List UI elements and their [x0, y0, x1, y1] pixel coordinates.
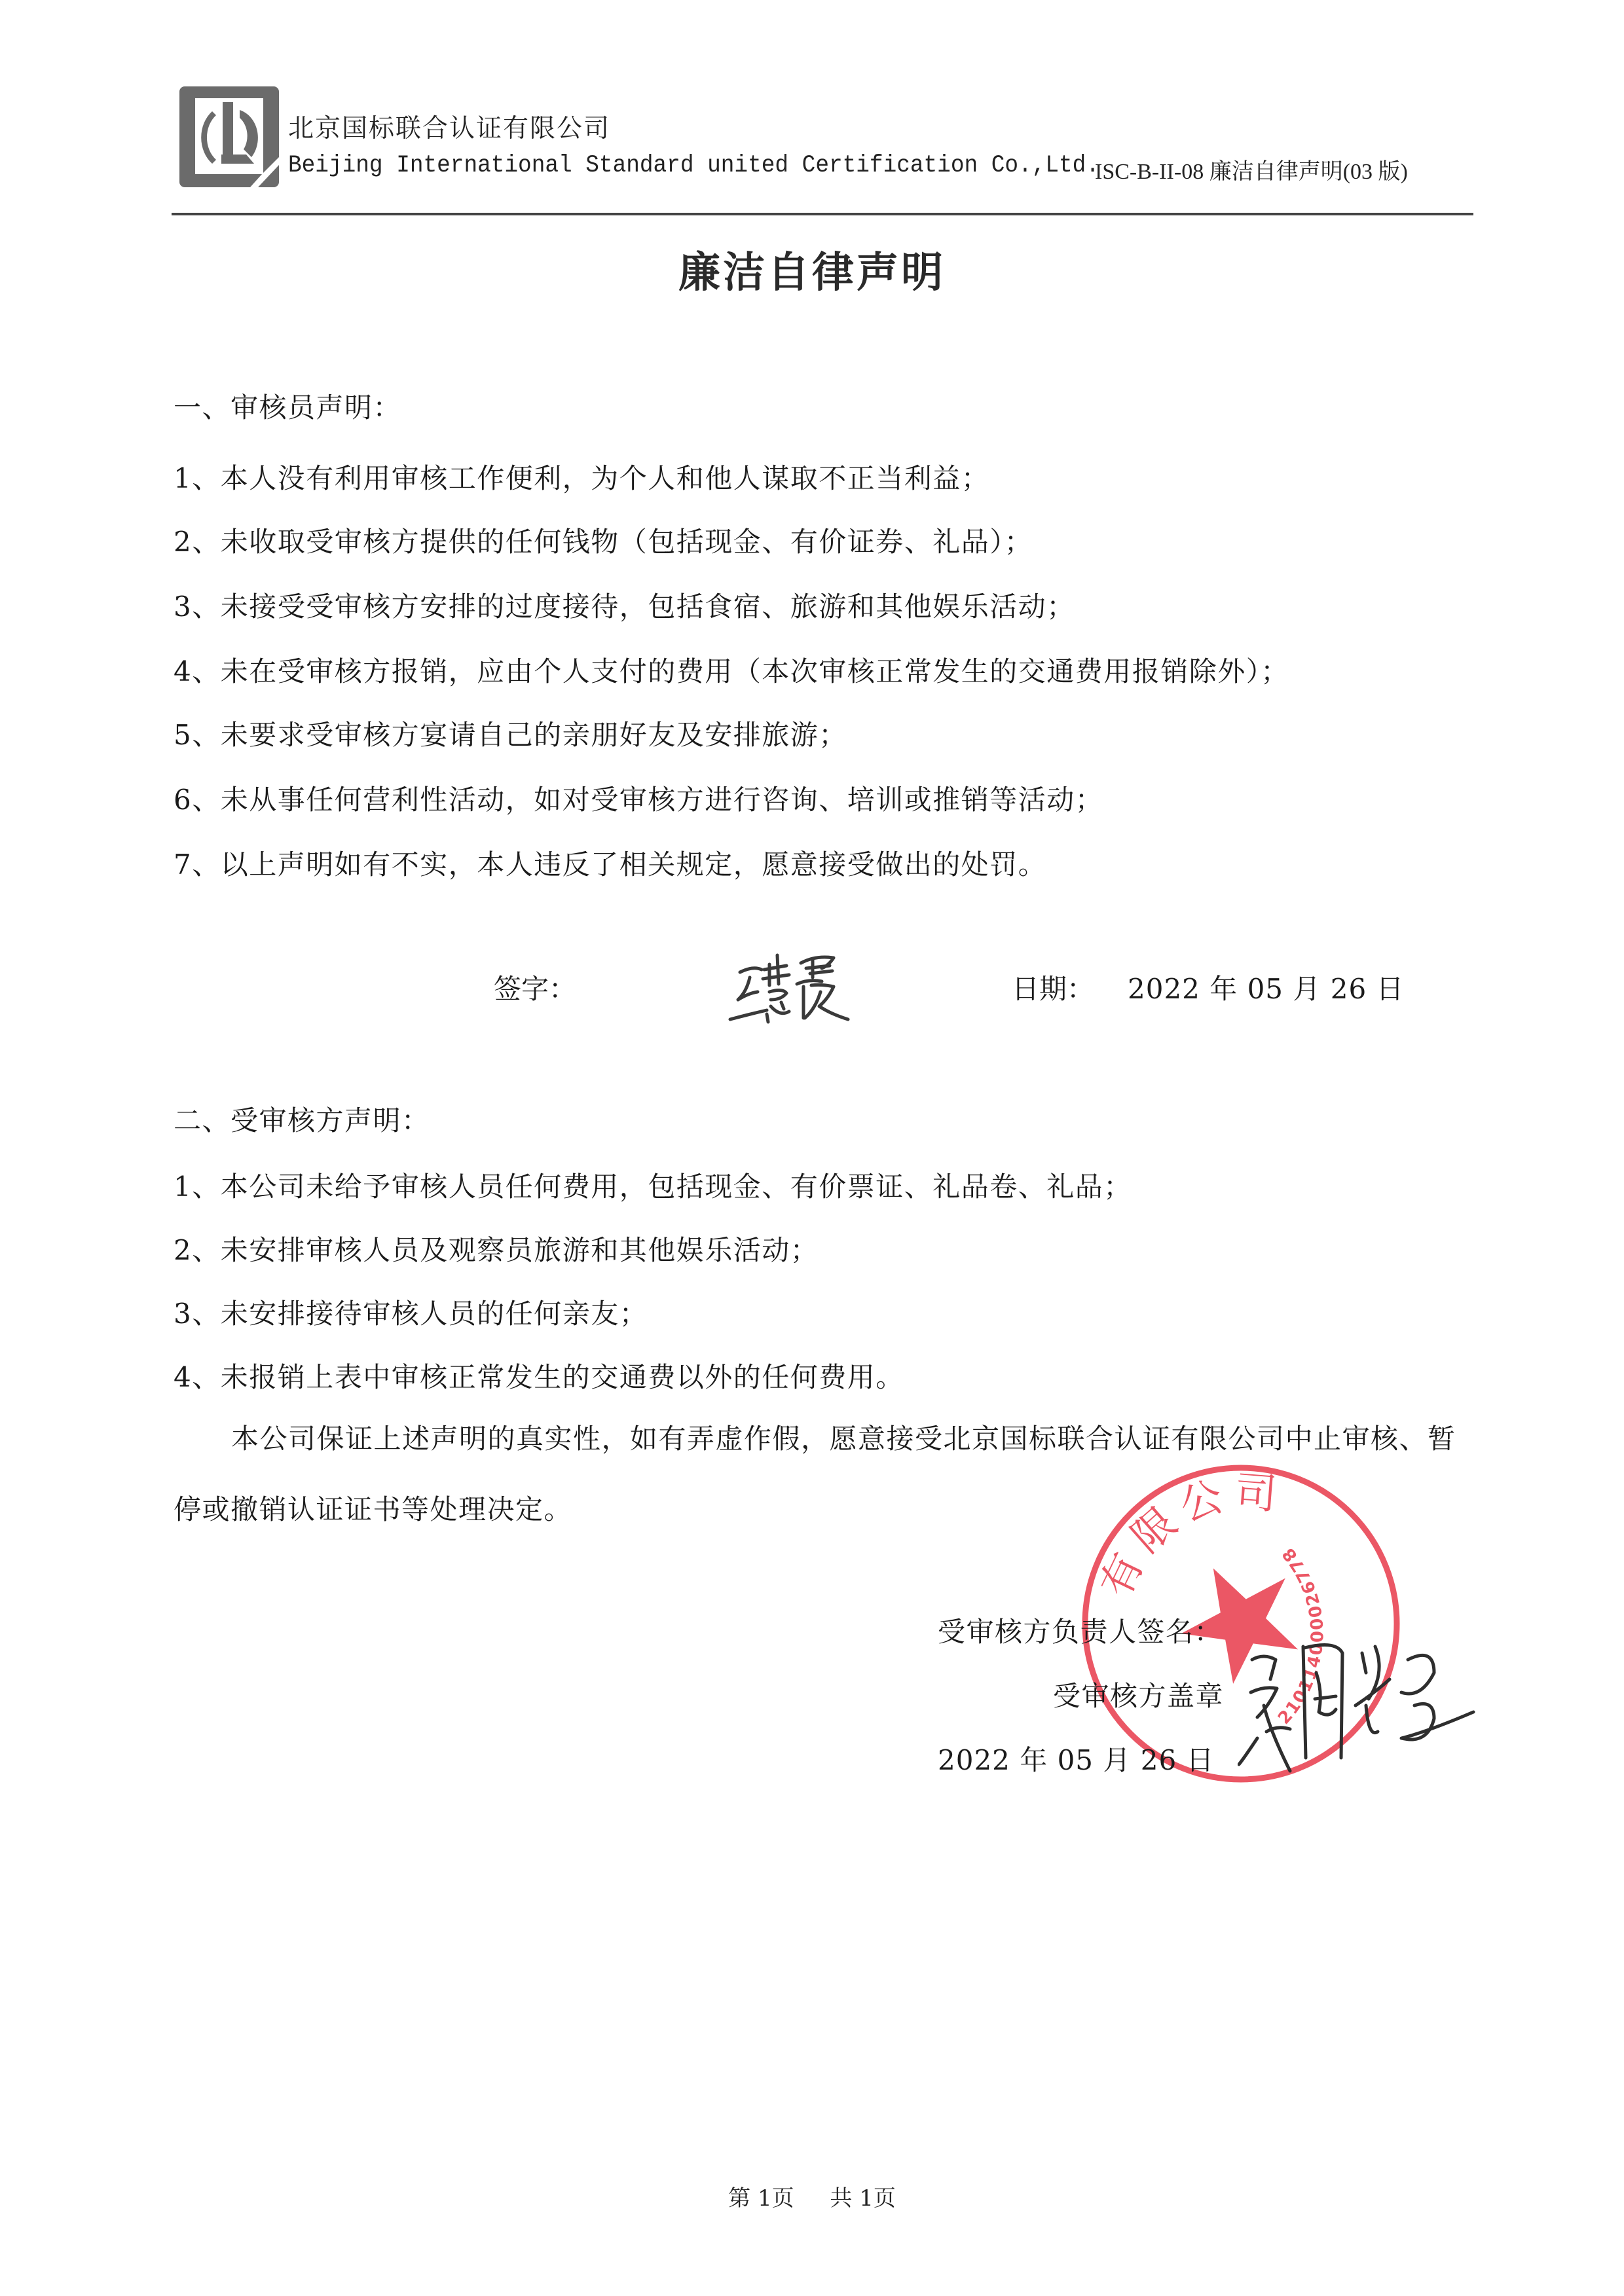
- auditee-stamp-label: 受审核方盖章: [1053, 1675, 1224, 1714]
- auditor-date-label: 日期：: [1012, 968, 1094, 1007]
- section1-item: 2、未收取受审核方提供的任何钱物（包括现金、有价证券、礼品）；: [174, 520, 1033, 560]
- isc-logo-icon: [178, 84, 280, 189]
- section1-item: 1、本人没有利用审核工作便利，为个人和他人谋取不正当利益；: [174, 457, 989, 496]
- page-total: 共 1页: [830, 2185, 895, 2212]
- auditee-handwritten-signature: [1238, 1633, 1480, 1784]
- section2-item: 3、未安排接待审核人员的任何亲友；: [174, 1292, 648, 1332]
- section1-heading: 一、审核员声明：: [174, 386, 401, 426]
- company-name-cn: 北京国标联合认证有限公司: [288, 108, 610, 145]
- guarantee-paragraph-line2: 停或撤销认证证书等处理决定。: [174, 1488, 572, 1527]
- document-code: ISC-B-II-08 廉洁自律声明(03 版): [1095, 153, 1408, 185]
- document-title: 廉洁自律声明: [0, 239, 1624, 299]
- section2-heading: 二、受审核方声明：: [174, 1099, 430, 1139]
- auditor-handwritten-signature: [724, 946, 874, 1028]
- section1-item: 6、未从事任何营利性活动，如对受审核方进行咨询、培训或推销等活动；: [174, 778, 1103, 818]
- guarantee-paragraph-line1: 本公司保证上述声明的真实性，如有弄虚作假，愿意接受北京国标联合认证有限公司中止审…: [231, 1417, 1456, 1457]
- section1-item: 7、以上声明如有不实，本人违反了相关规定，愿意接受做出的处罚。: [174, 843, 1046, 883]
- page-number: 第 1页: [728, 2185, 794, 2212]
- header-divider: [172, 213, 1473, 215]
- section1-item: 4、未在受审核方报销，应由个人支付的费用（本次审核正常发生的交通费用报销除外）；: [174, 650, 1289, 689]
- svg-text:有限公司: 有限公司: [1092, 1468, 1286, 1605]
- company-name-en: Beijing International Standard united Ce…: [288, 152, 1099, 179]
- auditee-responsible-signature-label: 受审核方负责人签名：: [938, 1611, 1223, 1650]
- auditor-signature-label: 签字：: [494, 968, 576, 1007]
- section2-item: 2、未安排审核人员及观察员旅游和其他娱乐活动；: [174, 1229, 819, 1268]
- section2-item: 4、未报销上表中审核正常发生的交通费以外的任何费用。: [174, 1356, 904, 1395]
- section1-item: 3、未接受受审核方安排的过度接待，包括食宿、旅游和其他娱乐活动；: [174, 585, 1075, 625]
- auditee-date-value: 2022 年 05 月 26 日: [938, 1739, 1215, 1778]
- auditor-date-value: 2022 年 05 月 26 日: [1128, 968, 1405, 1007]
- section2-item: 1、本公司未给予审核人员任何费用，包括现金、有价票证、礼品卷、礼品；: [174, 1165, 1132, 1205]
- section1-item: 5、未要求受审核方宴请自己的亲朋好友及安排旅游；: [174, 714, 847, 753]
- page-footer: 第 1页 共 1页: [0, 2180, 1624, 2212]
